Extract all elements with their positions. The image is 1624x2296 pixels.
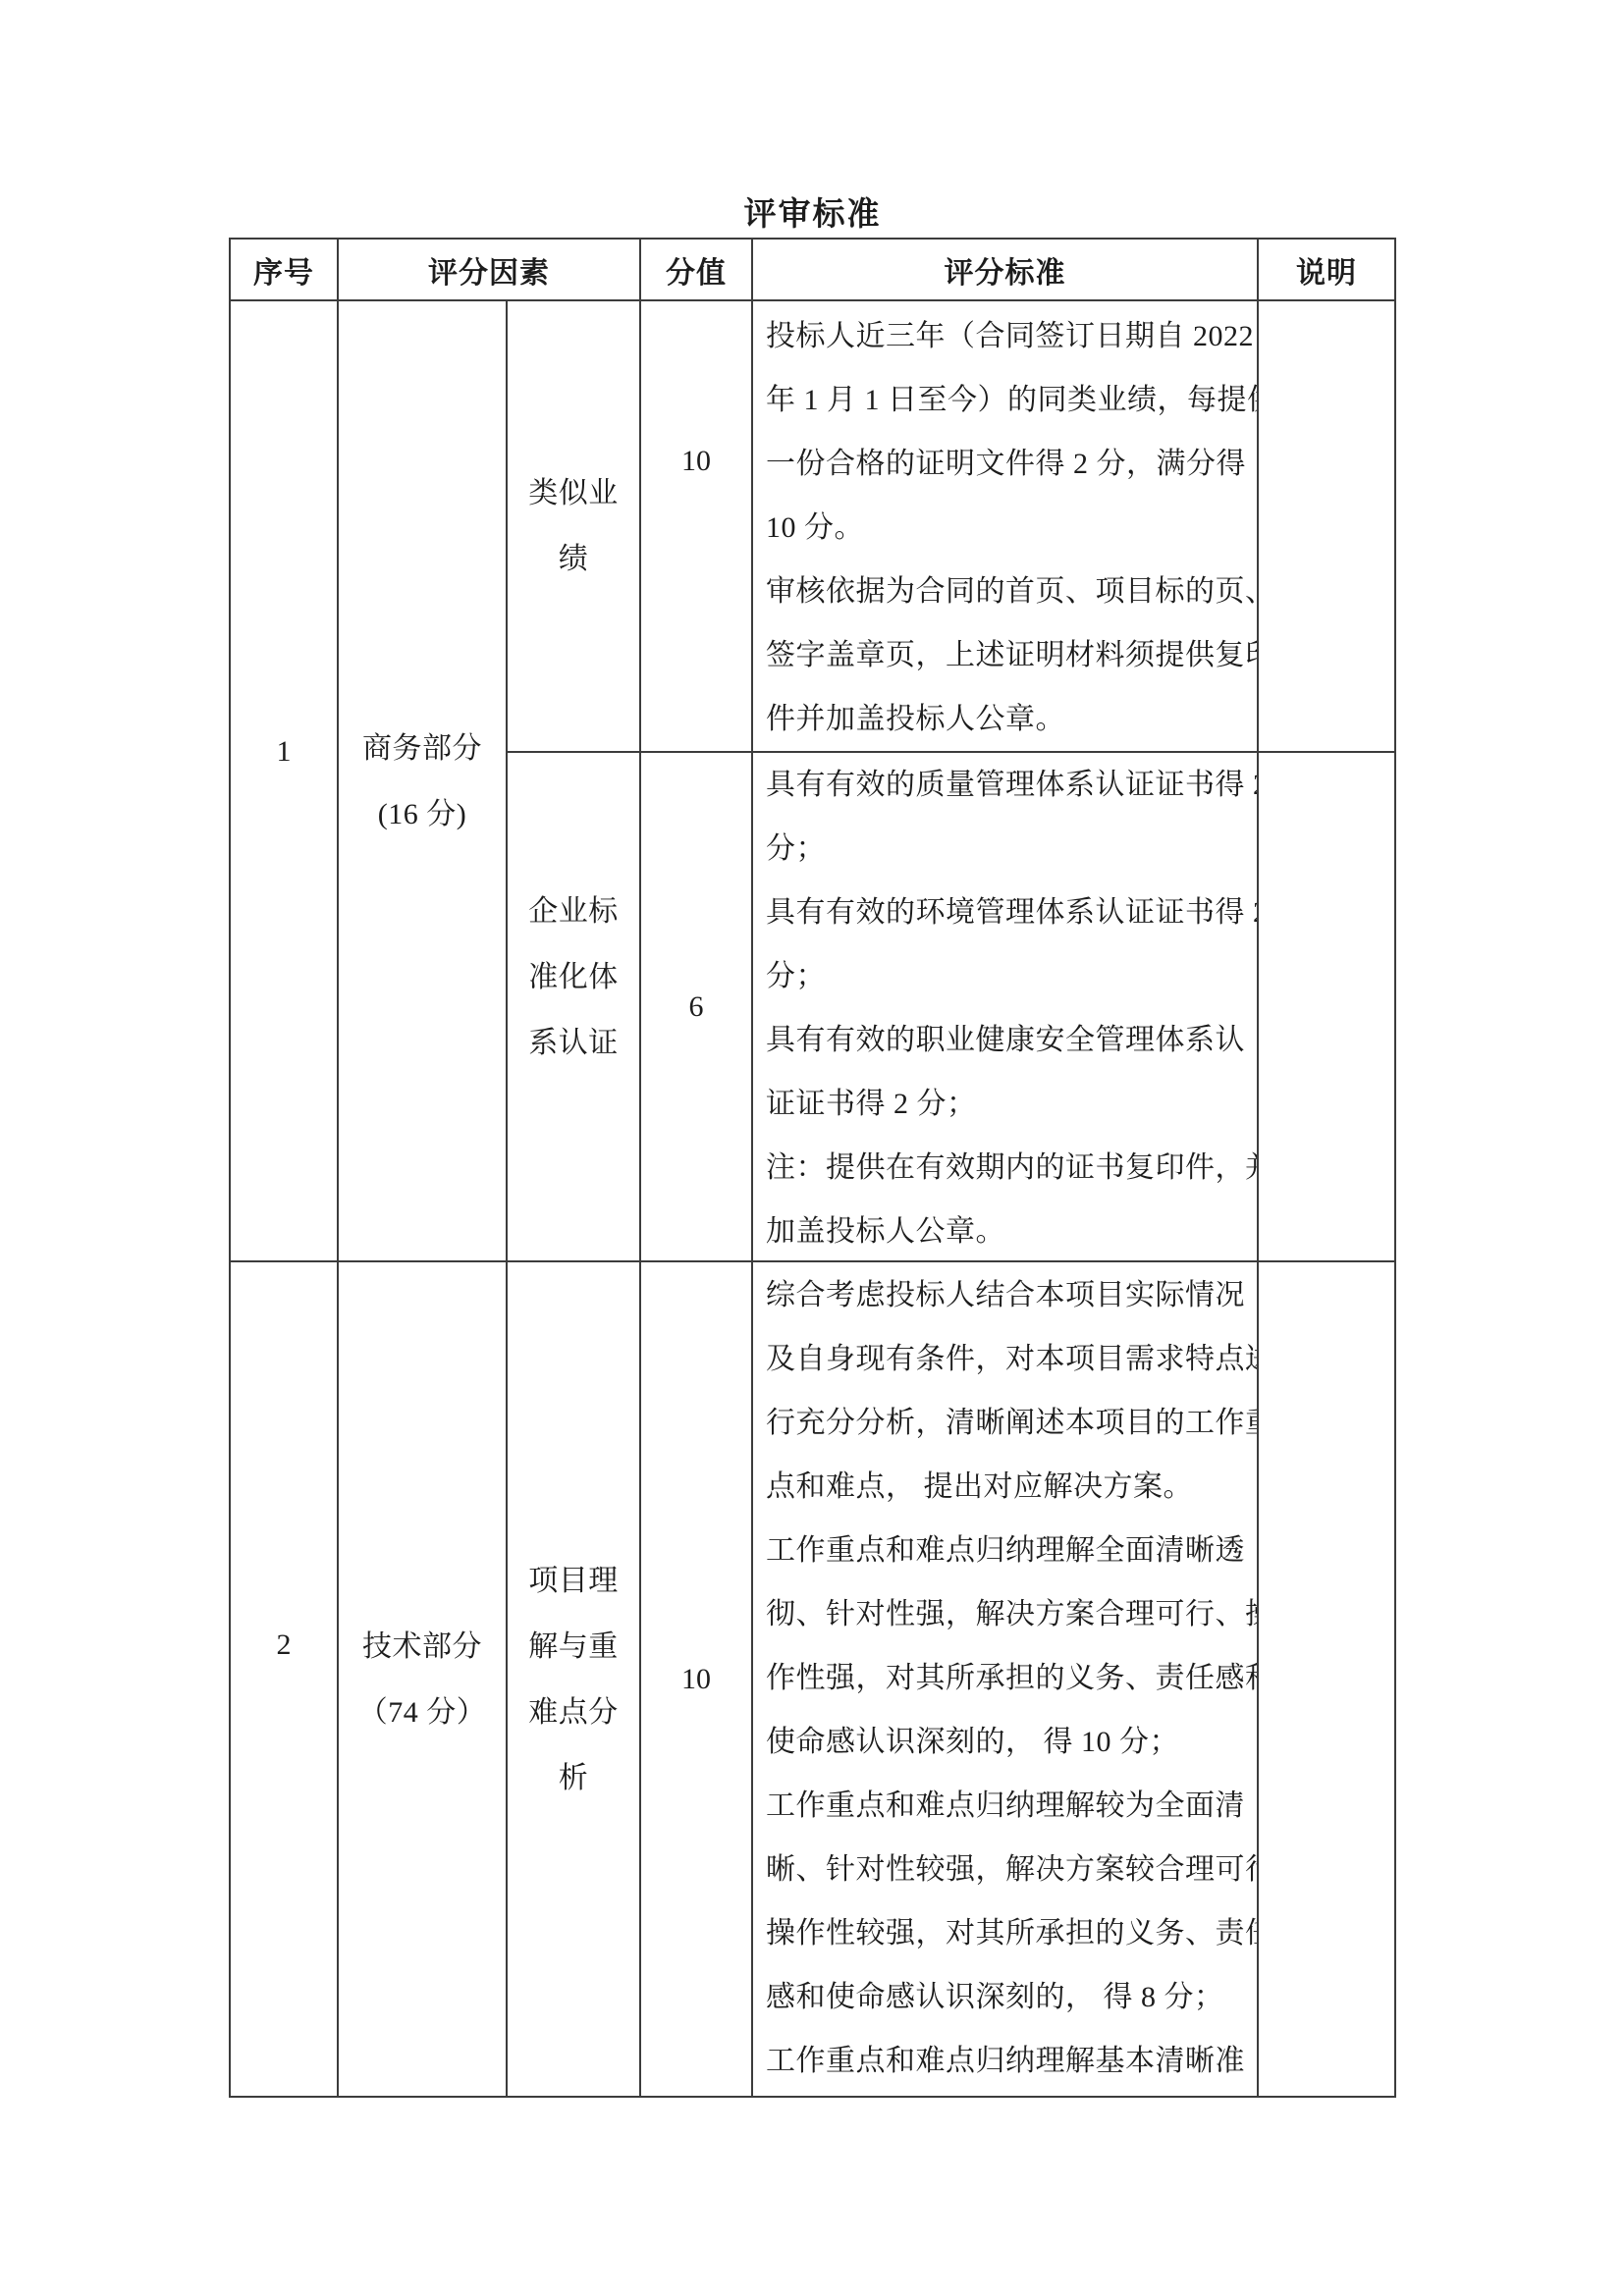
text-line: 投标人近三年（合同签订日期自 2022 xyxy=(766,304,1251,368)
text-line: 签字盖章页，上述证明材料须提供复印 xyxy=(766,623,1251,687)
text-line: 工作重点和难点归纳理解基本清晰准 xyxy=(766,2029,1251,2093)
text-line: 系认证 xyxy=(528,1010,619,1076)
row2-score-cell: 10 xyxy=(641,1262,753,2096)
document-page: 评审标准 序号 评分因素 分值 评分标准 说明 1 商务部分(16 分) 类似业… xyxy=(0,0,1624,2296)
text-line: 感和使命感认识深刻的， 得 8 分； xyxy=(766,1965,1251,2029)
text-line: 行充分分析，清晰阐述本项目的工作重 xyxy=(766,1391,1251,1455)
text-line: 审核依据为合同的首页、项目标的页、 xyxy=(766,560,1251,623)
text-line: 项目理 xyxy=(528,1548,619,1614)
row2-subfactor-cell: 项目理解与重难点分析 xyxy=(508,1262,641,2096)
text-line: 彻、针对性强，解决方案合理可行、操 xyxy=(766,1582,1251,1646)
page-title: 评审标准 xyxy=(231,190,1394,240)
text-line: 加盖投标人公章。 xyxy=(766,1200,1251,1262)
text-line: 证证书得 2 分； xyxy=(766,1072,1251,1136)
text-line: 年 1 月 1 日至今）的同类业绩，每提供 xyxy=(766,368,1251,432)
row1a-score-cell: 10 xyxy=(641,301,753,753)
text-line: 操作性较强，对其所承担的义务、责任 xyxy=(766,1901,1251,1965)
row1a-subfactor-cell: 类似业绩 xyxy=(508,301,641,753)
text-line: 综合考虑投标人结合本项目实际情况 xyxy=(766,1263,1251,1327)
text-line: 使命感认识深刻的， 得 10 分； xyxy=(766,1710,1251,1774)
criteria-table: 序号 评分因素 分值 评分标准 说明 1 商务部分(16 分) 类似业绩 10 … xyxy=(229,238,1396,2098)
text-line: 一份合格的证明文件得 2 分，满分得 xyxy=(766,432,1251,496)
text-line: （74 分） xyxy=(358,1680,487,1745)
text-line: 具有有效的职业健康安全管理体系认 xyxy=(766,1008,1251,1072)
text-line: 绩 xyxy=(559,526,589,592)
text-line: 难点分 xyxy=(528,1680,619,1745)
header-cell-factor: 评分因素 xyxy=(339,240,641,301)
text-line: 点和难点， 提出对应解决方案。 xyxy=(766,1455,1251,1519)
text-line: 工作重点和难点归纳理解全面清晰透 xyxy=(766,1519,1251,1582)
text-line: 准化体 xyxy=(528,944,619,1010)
header-cell-criteria: 评分标准 xyxy=(753,240,1259,301)
header-cell-note: 说明 xyxy=(1259,240,1394,301)
text-line: 技术部分 xyxy=(362,1614,482,1680)
text-line: 企业标 xyxy=(528,879,619,944)
row1-no-cell: 1 xyxy=(231,301,339,1262)
text-line: 解与重 xyxy=(528,1614,619,1680)
text-line: 作性强，对其所承担的义务、责任感和 xyxy=(766,1646,1251,1710)
text-line: 析 xyxy=(559,1745,589,1811)
text-line: 10 分。 xyxy=(766,496,1251,560)
row1b-subfactor-lines: 企业标准化体系认证 xyxy=(528,879,619,1076)
text-line: 晰、针对性较强，解决方案较合理可行、 xyxy=(766,1838,1251,1901)
text-line: 具有有效的质量管理体系认证证书得 2 xyxy=(766,753,1251,817)
row1a-criteria-cell: 投标人近三年（合同签订日期自 2022年 1 月 1 日至今）的同类业绩，每提供… xyxy=(753,301,1259,753)
text-line: 商务部分 xyxy=(362,716,482,781)
header-cell-score: 分值 xyxy=(641,240,753,301)
row1a-score: 10 xyxy=(681,445,711,478)
text-line: 类似业 xyxy=(528,460,619,526)
row2-note-cell xyxy=(1259,1262,1394,2096)
row1a-note-cell xyxy=(1259,301,1394,753)
text-line: 分； xyxy=(766,944,1251,1008)
row1b-score-cell: 6 xyxy=(641,753,753,1262)
text-line: 工作重点和难点归纳理解较为全面清 xyxy=(766,1774,1251,1838)
text-line: 具有有效的环境管理体系认证证书得 2 xyxy=(766,881,1251,944)
row1b-note-cell xyxy=(1259,753,1394,1262)
row2-no: 2 xyxy=(277,1629,292,1662)
row1b-subfactor-cell: 企业标准化体系认证 xyxy=(508,753,641,1262)
text-line: 及自身现有条件，对本项目需求特点进 xyxy=(766,1327,1251,1391)
text-line: (16 分) xyxy=(378,781,466,847)
row2-criteria-cell: 综合考虑投标人结合本项目实际情况及自身现有条件，对本项目需求特点进行充分分析，清… xyxy=(753,1262,1259,2096)
text-line: 注：提供在有效期内的证书复印件，并 xyxy=(766,1136,1251,1200)
row2-factor-cell: 技术部分（74 分） xyxy=(339,1262,508,2096)
row1b-criteria-cell: 具有有效的质量管理体系认证证书得 2分；具有有效的环境管理体系认证证书得 2分；… xyxy=(753,753,1259,1262)
header-cell-no: 序号 xyxy=(231,240,339,301)
text-line: 件并加盖投标人公章。 xyxy=(766,687,1251,751)
row1-factor-cell: 商务部分(16 分) xyxy=(339,301,508,1262)
text-line: 分； xyxy=(766,817,1251,881)
row1-no: 1 xyxy=(277,735,292,769)
row2-no-cell: 2 xyxy=(231,1262,339,2096)
